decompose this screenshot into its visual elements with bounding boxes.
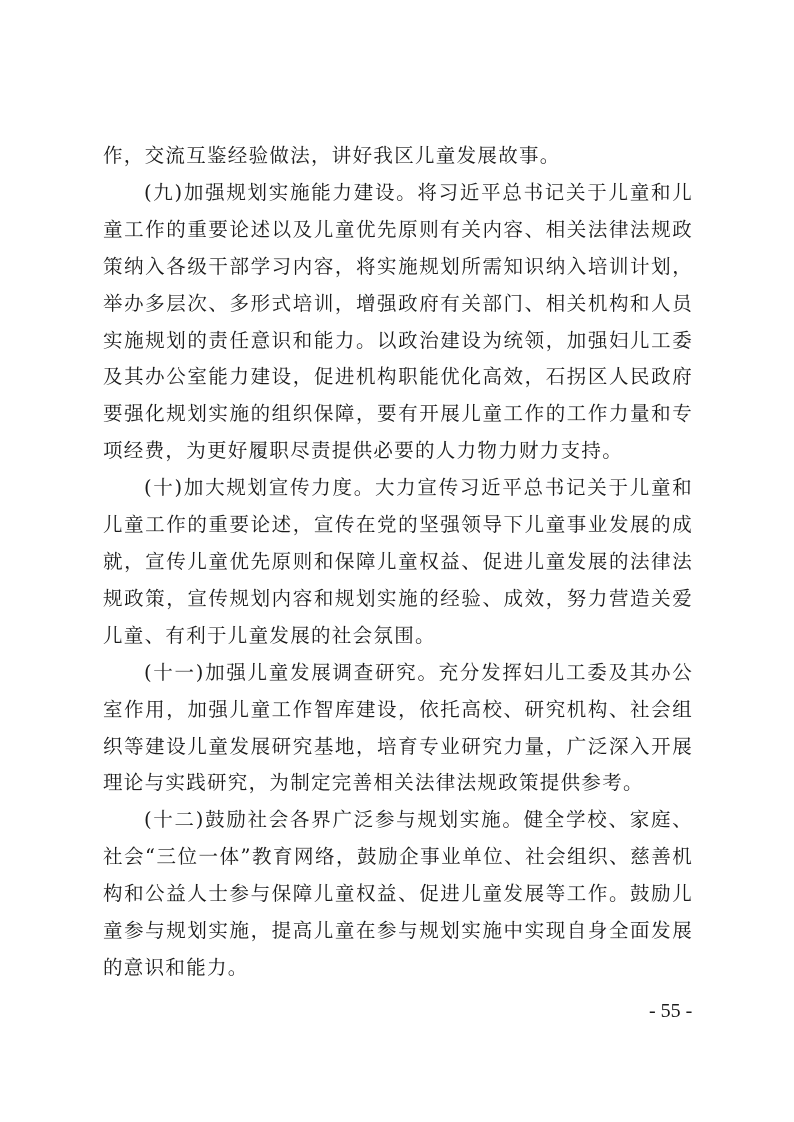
paragraph-section-9: (九)加强规划实施能力建设。将习近平总书记关于儿童和儿童工作的重要论述以及儿童优…	[103, 175, 693, 470]
paragraph-heading: (十)加大规划宣传力度。	[144, 476, 375, 499]
paragraph-text: 将习近平总书记关于儿童和儿童工作的重要论述以及儿童优先原则有关内容、相关法律法规…	[103, 181, 693, 462]
paragraph-section-11: (十一)加强儿童发展调查研究。充分发挥妇儿工委及其办公室作用，加强儿童工作智库建…	[103, 655, 693, 803]
paragraph-heading: (九)加强规划实施能力建设。	[144, 181, 417, 204]
paragraph-section-12: (十二)鼓励社会各界广泛参与规划实施。健全学校、家庭、社会“三位一体”教育网络，…	[103, 802, 693, 987]
paragraph-text: 健全学校、家庭、社会“三位一体”教育网络，鼓励企事业单位、社会组织、慈善机构和公…	[103, 808, 693, 979]
document-page: 作，交流互鉴经验做法，讲好我区儿童发展故事。 (九)加强规划实施能力建设。将习近…	[0, 0, 794, 1122]
paragraph-section-10: (十)加大规划宣传力度。大力宣传习近平总书记关于儿童和儿童工作的重要论述，宣传在…	[103, 470, 693, 655]
paragraph-continuation: 作，交流互鉴经验做法，讲好我区儿童发展故事。	[103, 138, 693, 175]
paragraph-heading: (十一)加强儿童发展调查研究。	[144, 661, 439, 684]
paragraph-text: 作，交流互鉴经验做法，讲好我区儿童发展故事。	[103, 144, 561, 167]
body-text: 作，交流互鉴经验做法，讲好我区儿童发展故事。 (九)加强规划实施能力建设。将习近…	[103, 138, 693, 987]
page-number: - 55 -	[649, 1000, 692, 1023]
paragraph-heading: (十二)鼓励社会各界广泛参与规划实施。	[144, 808, 524, 831]
paragraph-text: 大力宣传习近平总书记关于儿童和儿童工作的重要论述，宣传在党的坚强领导下儿童事业发…	[103, 476, 693, 647]
